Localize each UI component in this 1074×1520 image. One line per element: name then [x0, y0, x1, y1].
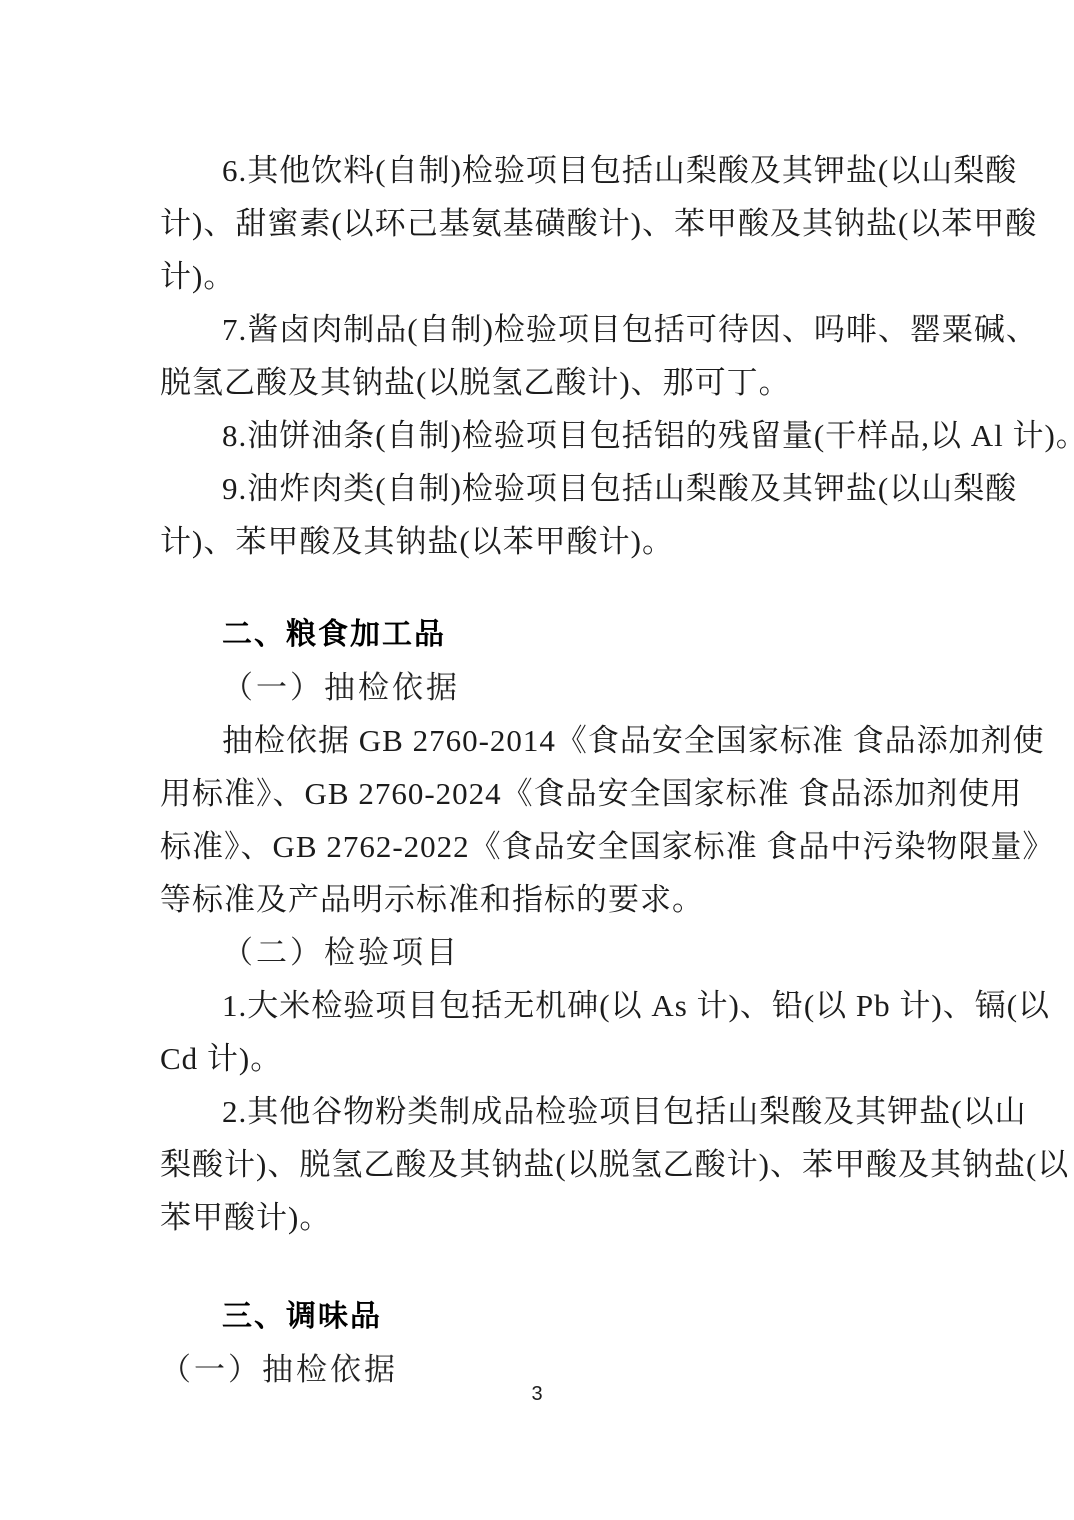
text-line: 9.油炸肉类(自制)检验项目包括山梨酸及其钾盐(以山梨酸	[160, 462, 960, 515]
text-line: 用标准》、GB 2760-2024《食品安全国家标准 食品添加剂使用	[160, 767, 960, 820]
text-line: 6.其他饮料(自制)检验项目包括山梨酸及其钾盐(以山梨酸	[160, 144, 960, 197]
section-heading: 二、粮食加工品	[160, 608, 960, 661]
text-line: 7.酱卤肉制品(自制)检验项目包括可待因、吗啡、罂粟碱、	[160, 303, 960, 356]
document-page: 6.其他饮料(自制)检验项目包括山梨酸及其钾盐(以山梨酸计)、甜蜜素(以环己基氨…	[0, 0, 1074, 1520]
text-line: 标准》、GB 2762-2022《食品安全国家标准 食品中污染物限量》	[160, 820, 960, 873]
text-line: 脱氢乙酸及其钠盐(以脱氢乙酸计)、那可丁。	[160, 356, 960, 409]
sub-heading: （一）抽检依据	[160, 661, 960, 714]
text-line: 计)、苯甲酸及其钠盐(以苯甲酸计)。	[160, 515, 960, 568]
text-line: Cd 计)。	[160, 1032, 960, 1085]
text-line: 2.其他谷物粉类制成品检验项目包括山梨酸及其钾盐(以山	[160, 1085, 960, 1138]
text-line: 抽检依据 GB 2760-2014《食品安全国家标准 食品添加剂使	[160, 714, 960, 767]
text-line: 等标准及产品明示标准和指标的要求。	[160, 873, 960, 926]
text-line: 计)、甜蜜素(以环己基氨基磺酸计)、苯甲酸及其钠盐(以苯甲酸	[160, 197, 960, 250]
text-line: 苯甲酸计)。	[160, 1191, 960, 1244]
document-body: 6.其他饮料(自制)检验项目包括山梨酸及其钾盐(以山梨酸计)、甜蜜素(以环己基氨…	[160, 144, 960, 1396]
text-line: 1.大米检验项目包括无机砷(以 As 计)、铅(以 Pb 计)、镉(以	[160, 979, 960, 1032]
sub-heading: （二）检验项目	[160, 926, 960, 979]
section-heading: 三、调味品	[160, 1290, 960, 1343]
page-number: 3	[0, 1382, 1074, 1406]
text-line: 计)。	[160, 250, 960, 303]
text-line: 梨酸计)、脱氢乙酸及其钠盐(以脱氢乙酸计)、苯甲酸及其钠盐(以	[160, 1138, 960, 1191]
text-line: 8.油饼油条(自制)检验项目包括铝的残留量(干样品,以 Al 计)。	[160, 409, 960, 462]
